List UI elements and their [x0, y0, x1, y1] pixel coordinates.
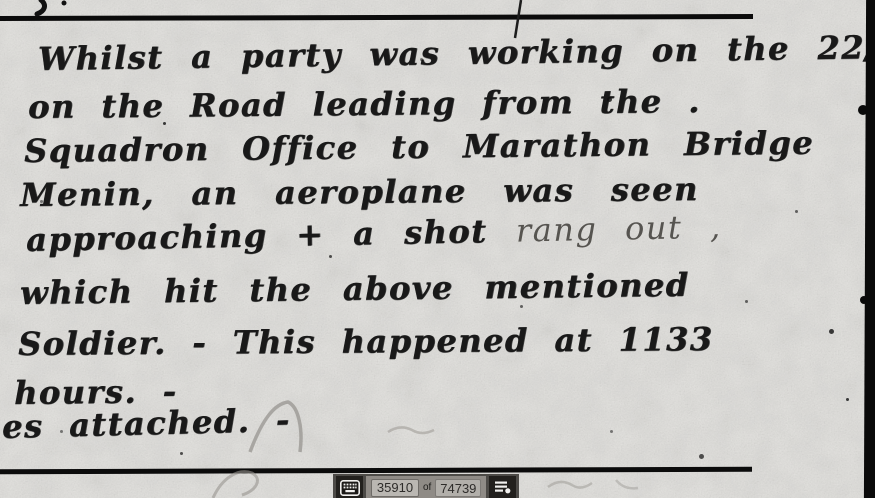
handwritten-line-9: es attached. -: [2, 401, 291, 446]
image-number-input[interactable]: [371, 479, 419, 497]
handwritten-line-2: on the Road leading from the .: [28, 82, 701, 126]
stray-ink-dot: [62, 1, 67, 6]
image-viewer-toolbar: of 74739: [333, 474, 519, 498]
pencil-trail-mark: [388, 427, 434, 433]
pencil-squiggle: [548, 482, 592, 488]
keyboard-icon: [340, 480, 360, 496]
image-number-panel: of 74739: [366, 476, 486, 498]
scanned-document-page: Whilst a party was working on the 22/11/…: [0, 0, 875, 498]
handwritten-line-1: Whilst a party was working on the 22/11/…: [38, 27, 875, 78]
handwritten-line-7: Soldier. - This happened at 1133: [18, 320, 714, 363]
handwritten-line-5-faint: rang out ,: [516, 208, 722, 250]
keyboard-shortcuts-button[interactable]: [336, 476, 363, 498]
handwritten-line-5: approaching + a shot rang out ,: [26, 208, 722, 259]
ink-specks: [0, 0, 3, 3]
handwritten-line-6: which hit the above mentioned: [20, 266, 690, 312]
pencil-squiggle-2: [616, 480, 638, 488]
pencil-loop-mark: [213, 472, 257, 498]
handwritten-line-3: Squadron Office to Marathon Bridge: [24, 124, 814, 170]
handwritten-line-5-dark: approaching + a shot: [26, 212, 488, 259]
image-index-button[interactable]: [489, 476, 516, 498]
of-label: of: [423, 482, 431, 493]
top-rule-line: [0, 14, 753, 21]
handwritten-line-4: Menin, an aeroplane was seen: [20, 170, 699, 214]
stray-ink-mark: [37, 0, 44, 14]
index-list-icon: [494, 480, 512, 495]
total-images-value: 74739: [435, 479, 481, 497]
scan-edge-band: [864, 0, 875, 498]
